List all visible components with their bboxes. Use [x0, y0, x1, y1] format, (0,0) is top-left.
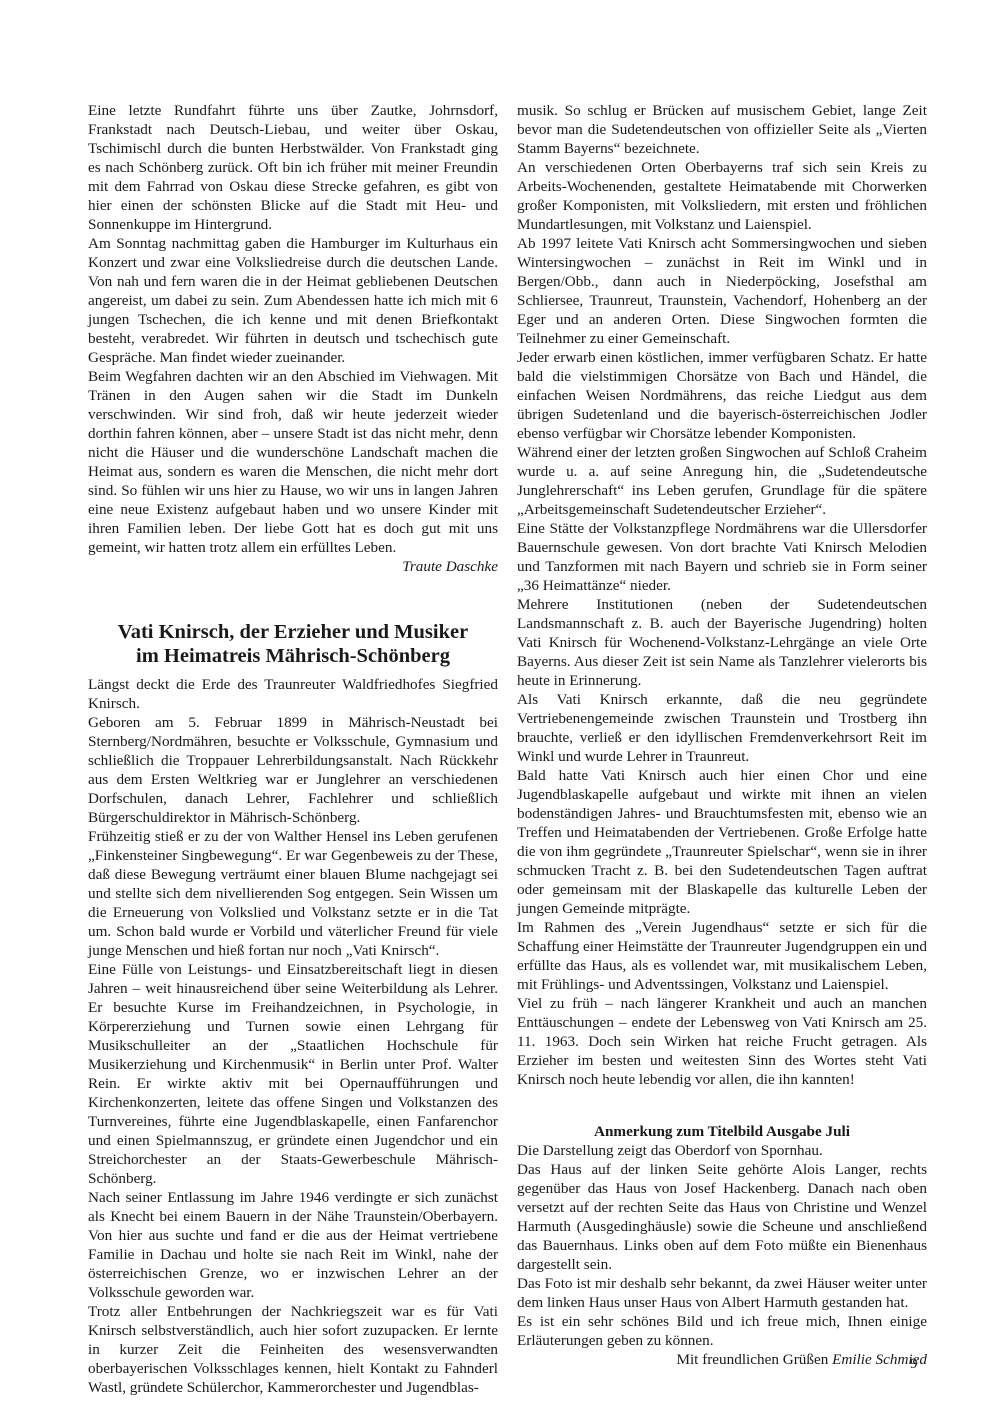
- intro-paragraph: Am Sonntag nachmittag gaben die Hamburge…: [88, 234, 498, 367]
- article-paragraph: Im Rahmen des „Verein Jugendhaus“ setzte…: [517, 918, 927, 994]
- note-heading: Anmerkung zum Titelbild Ausgabe Juli: [517, 1122, 927, 1141]
- article-paragraph: Als Vati Knirsch erkannte, daß die neu g…: [517, 690, 927, 766]
- article-paragraph: Eine Fülle von Leistungs- und Einsatzber…: [88, 960, 498, 1188]
- left-column: Eine letzte Rundfahrt führte uns über Za…: [88, 101, 498, 1397]
- article-paragraph: Trotz aller Entbehrungen der Nachkriegsz…: [88, 1302, 498, 1397]
- intro-signature: Traute Daschke: [88, 557, 498, 576]
- note-paragraph: Das Foto ist mir deshalb sehr bekannt, d…: [517, 1274, 927, 1312]
- article-paragraph: Mehrere Institutionen (neben der Sudeten…: [517, 595, 927, 690]
- article-paragraph: musik. So schlug er Brücken auf musische…: [517, 101, 927, 158]
- page-number: 9: [910, 1356, 918, 1373]
- article-headline: Vati Knirsch, der Erzieher und Musiker i…: [88, 620, 498, 668]
- article-paragraph: Längst deckt die Erde des Traunreuter Wa…: [88, 675, 498, 713]
- note-paragraph: Es ist ein sehr schönes Bild und ich fre…: [517, 1312, 927, 1350]
- note-closing: Mit freundlichen Grüßen Emilie Schmied: [517, 1350, 927, 1369]
- article-headline-line1: Vati Knirsch, der Erzieher und Musiker: [88, 620, 498, 644]
- article-paragraph: Ab 1997 leitete Vati Knirsch acht Sommer…: [517, 234, 927, 348]
- right-column: musik. So schlug er Brücken auf musische…: [517, 101, 927, 1369]
- closing-text: Mit freundlichen Grüßen: [676, 1351, 832, 1368]
- article-paragraph: An verschiedenen Orten Oberbayerns traf …: [517, 158, 927, 234]
- article-paragraph: Frühzeitig stieß er zu der von Walther H…: [88, 827, 498, 960]
- article-paragraph: Viel zu früh – nach längerer Krankheit u…: [517, 994, 927, 1089]
- article-paragraph: Eine Stätte der Volkstanzpflege Nordmähr…: [517, 519, 927, 595]
- article-headline-line2: im Heimatreis Mährisch-Schönberg: [88, 644, 498, 668]
- article-paragraph: Bald hatte Vati Knirsch auch hier einen …: [517, 766, 927, 918]
- intro-paragraph: Beim Wegfahren dachten wir an den Abschi…: [88, 367, 498, 557]
- note-paragraph: Die Darstellung zeigt das Oberdorf von S…: [517, 1141, 927, 1160]
- article-paragraph: Während einer der letzten großen Singwoc…: [517, 443, 927, 519]
- article-paragraph: Geboren am 5. Februar 1899 in Mährisch-N…: [88, 713, 498, 827]
- article-paragraph: Nach seiner Entlassung im Jahre 1946 ver…: [88, 1188, 498, 1302]
- intro-paragraph: Eine letzte Rundfahrt führte uns über Za…: [88, 101, 498, 234]
- note-paragraph: Das Haus auf der linken Seite gehörte Al…: [517, 1160, 927, 1274]
- article-paragraph: Jeder erwarb einen köstlichen, immer ver…: [517, 348, 927, 443]
